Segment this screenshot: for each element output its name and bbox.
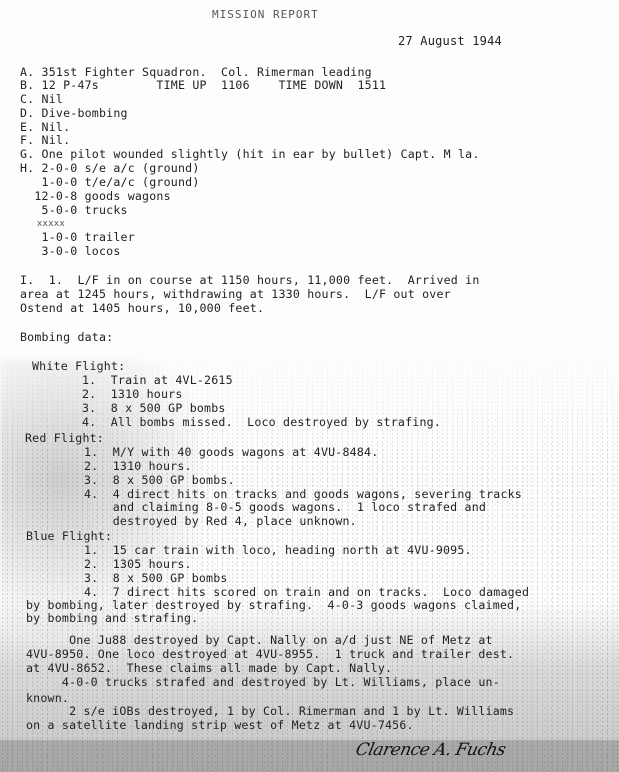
closing-line: One Ju88 destroyed by Capt. Nally on a/d… — [26, 634, 493, 647]
item-h-line: H. 2-0-0 s/e a/c (ground) — [20, 162, 200, 175]
signature: Clarence A. Fuchs — [354, 740, 507, 760]
mission-report-page: MISSION REPORT 27 August 1944 A. 351st F… — [0, 0, 619, 772]
closing-line: 4-0-0 trucks strafed and destroyed by Lt… — [26, 676, 500, 689]
white-flight-heading: White Flight: — [32, 360, 125, 373]
closing-line: at 4VU-8652. These claims all made by Ca… — [26, 662, 392, 675]
item-h-line: 1-0-0 t/e/a/c (ground) — [20, 176, 200, 189]
red-flight-line: 1. M/Y with 40 goods wagons at 4VU-8484. — [84, 446, 378, 459]
item-i-line: Ostend at 1405 hours, 10,000 feet. — [20, 302, 264, 315]
report-date: 27 August 1944 — [398, 35, 502, 48]
red-flight-heading: Red Flight: — [25, 432, 104, 445]
report-title: MISSION REPORT — [212, 8, 319, 21]
blue-flight-line: 1. 15 car train with loco, heading north… — [84, 544, 472, 557]
item-i-line: area at 1245 hours, withdrawing at 1330 … — [20, 288, 451, 301]
item-h-line: 1-0-0 trailer — [20, 231, 135, 244]
item-h-line: 3-0-0 locos — [20, 245, 121, 258]
white-flight-line: 3. 8 x 500 GP bombs — [82, 402, 226, 415]
closing-line: 2 s/e iOBs destroyed, 1 by Col. Rimerman… — [26, 705, 514, 718]
closing-line: on a satellite landing strip west of Met… — [26, 719, 414, 732]
item-h-line: 5-0-0 trucks — [20, 204, 128, 217]
item-d: D. Dive-bombing — [20, 107, 128, 120]
blue-flight-line: 2. 1305 hours. — [84, 558, 192, 571]
bombing-data-heading: Bombing data: — [20, 331, 113, 344]
item-c: C. Nil — [20, 93, 63, 106]
white-flight-line: 1. Train at 4VL-2615 — [82, 374, 233, 387]
item-b: B. 12 P-47s TIME UP 1106 TIME DOWN 1511 — [20, 79, 386, 92]
closing-line: 4VU-8950. One loco destroyed at 4VU-8955… — [26, 648, 514, 661]
red-flight-line: destroyed by Red 4, place unknown. — [84, 515, 357, 528]
item-i-line: I. 1. L/F in on course at 1150 hours, 11… — [20, 274, 480, 287]
blue-flight-heading: Blue Flight: — [26, 530, 112, 543]
red-flight-line: 2. 1310 hours. — [84, 460, 192, 473]
blue-flight-continuation: by bombing and strafing. — [26, 612, 198, 625]
photocopy-shading — [0, 740, 619, 772]
white-flight-line: 4. All bombs missed. Loco destroyed by s… — [82, 416, 441, 429]
red-flight-line: 3. 8 x 500 GP bombs. — [84, 474, 235, 487]
red-flight-line: and claiming 8-0-5 goods wagons. 1 loco … — [84, 501, 486, 514]
item-f: F. Nil. — [20, 134, 70, 147]
white-flight-line: 2. 1310 hours — [82, 388, 183, 401]
blue-flight-line: 3. 8 x 500 GP bombs — [84, 572, 228, 585]
item-g: G. One pilot wounded slightly (hit in ea… — [20, 148, 480, 161]
item-h-line: 12-0-8 goods wagons — [20, 190, 171, 203]
